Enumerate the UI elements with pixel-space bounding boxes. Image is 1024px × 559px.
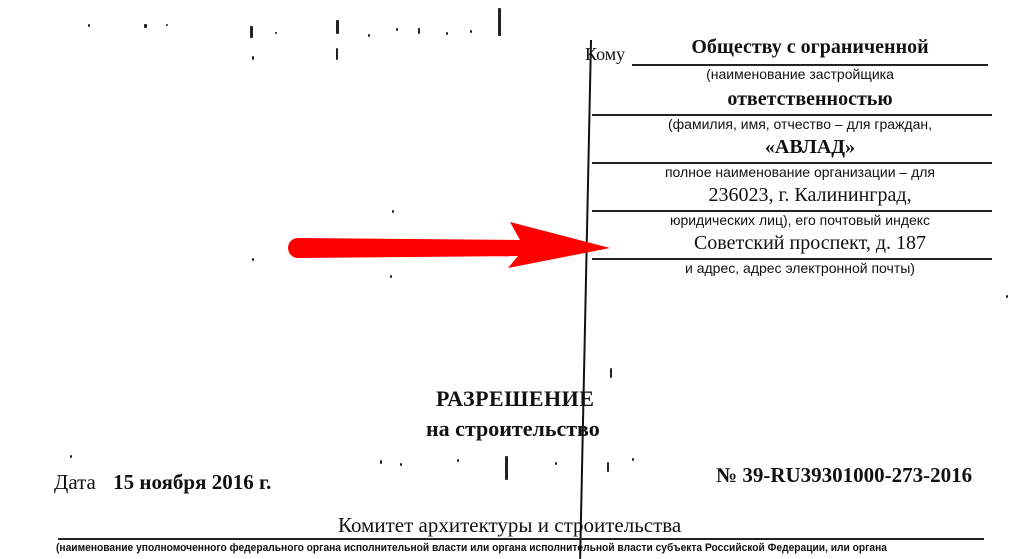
arrow-icon: [288, 222, 610, 268]
date-value: 15 ноября 2016 г.: [113, 470, 271, 494]
recipient-line-value: «АВЛАД»: [630, 136, 990, 159]
scan-vertical-line: [579, 40, 592, 559]
recipient-line-caption: и адрес, адрес электронной почты): [610, 260, 990, 276]
issuer-name: Комитет архитектуры и строительства: [338, 513, 681, 538]
recipient-line-caption: юридических лиц), его почтовый индекс: [610, 212, 990, 228]
issuer-underline: [58, 538, 984, 540]
red-arrow-annotation: [280, 218, 620, 278]
issuer-caption: (наименование уполномоченного федерально…: [56, 542, 887, 554]
recipient-line-value: 236023, г. Калининград,: [630, 184, 990, 207]
recipient-line-caption: (фамилия, имя, отчество – для граждан,: [610, 116, 990, 132]
document-subtitle: на строительство: [426, 416, 600, 442]
recipient-line-caption: (наименование застройщика: [610, 66, 990, 82]
recipient-label: Кому: [585, 44, 625, 65]
recipient-line-caption: полное наименование организации – для: [610, 164, 990, 180]
recipient-line-value: Обществу с ограниченной: [630, 36, 990, 59]
date-label: Дата: [54, 470, 96, 494]
document-title: РАЗРЕШЕНИЕ: [436, 386, 594, 412]
recipient-line-value: Советский проспект, д. 187: [630, 232, 990, 255]
permit-number: № 39-RU39301000-273-2016: [716, 463, 972, 488]
date-row: Дата 15 ноября 2016 г.: [54, 470, 271, 495]
recipient-line-value: ответственностью: [630, 88, 990, 111]
